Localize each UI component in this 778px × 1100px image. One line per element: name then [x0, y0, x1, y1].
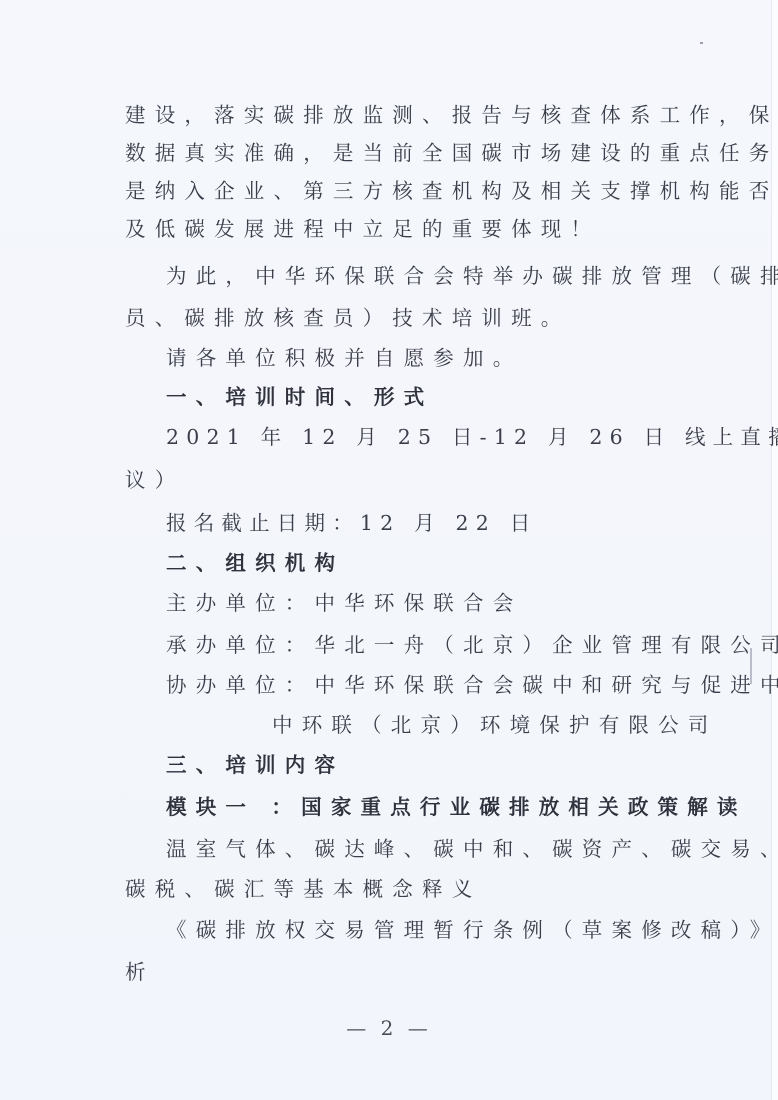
section1-heading: 一、培训时间、形式 — [166, 383, 433, 411]
intro-line-1: 建设，落实碳排放监测、报告与核查体系工作，保证碳排放 — [125, 101, 778, 129]
host-unit: 主办单位：中华环保联合会 — [166, 589, 522, 617]
purpose-line-1: 为此，中华环保联合会特举办碳排放管理（碳排放核算 — [166, 262, 778, 290]
module1-item-1: 温室气体、碳达峰、碳中和、碳资产、碳交易、碳金融、 — [166, 835, 778, 863]
document-page: 建设，落实碳排放监测、报告与核查体系工作，保证碳排放 数据真实准确，是当前全国碳… — [0, 0, 778, 1100]
intro-line-4: 及低碳发展进程中立足的重要体现！ — [125, 215, 600, 243]
co-organizer-unit: 协办单位：中华环保联合会碳中和研究与促进中心 — [166, 671, 778, 699]
section2-heading: 二、组织机构 — [166, 549, 344, 577]
schedule-line-2: 议） — [125, 466, 184, 494]
co-organizer-unit-2: 中环联（北京）环境保护有限公司 — [272, 711, 718, 739]
module1-item-2: 碳税、碳汇等基本概念释义 — [125, 875, 481, 903]
intro-line-2: 数据真实准确，是当前全国碳市场建设的重点任务，同时也 — [125, 139, 778, 167]
scan-speck — [700, 42, 703, 44]
schedule-line-1: 2021 年 12 月 25 日-12 月 26 日 线上直播授课（腾讯会 — [166, 423, 778, 451]
invite-paragraph: 请各单位积极并自愿参加。 — [166, 344, 522, 372]
module1-title: 模块一 ：国家重点行业碳排放相关政策解读 — [166, 793, 747, 821]
section3-heading: 三、培训内容 — [166, 751, 344, 779]
module1-item-4: 析 — [125, 958, 155, 986]
purpose-line-2: 员、碳排放核查员）技术培训班。 — [125, 304, 571, 332]
page-number: — 2 — — [0, 1016, 778, 1040]
module1-item-3: 《碳排放权交易管理暂行条例（草案修改稿）》重点解 — [166, 916, 778, 944]
organizer-unit: 承办单位：华北一舟（北京）企业管理有限公司 — [166, 631, 778, 659]
intro-line-3: 是纳入企业、第三方核查机构及相关支撑机构能否在碳市场 — [125, 177, 778, 205]
deadline: 报名截止日期：12 月 22 日 — [166, 509, 537, 537]
